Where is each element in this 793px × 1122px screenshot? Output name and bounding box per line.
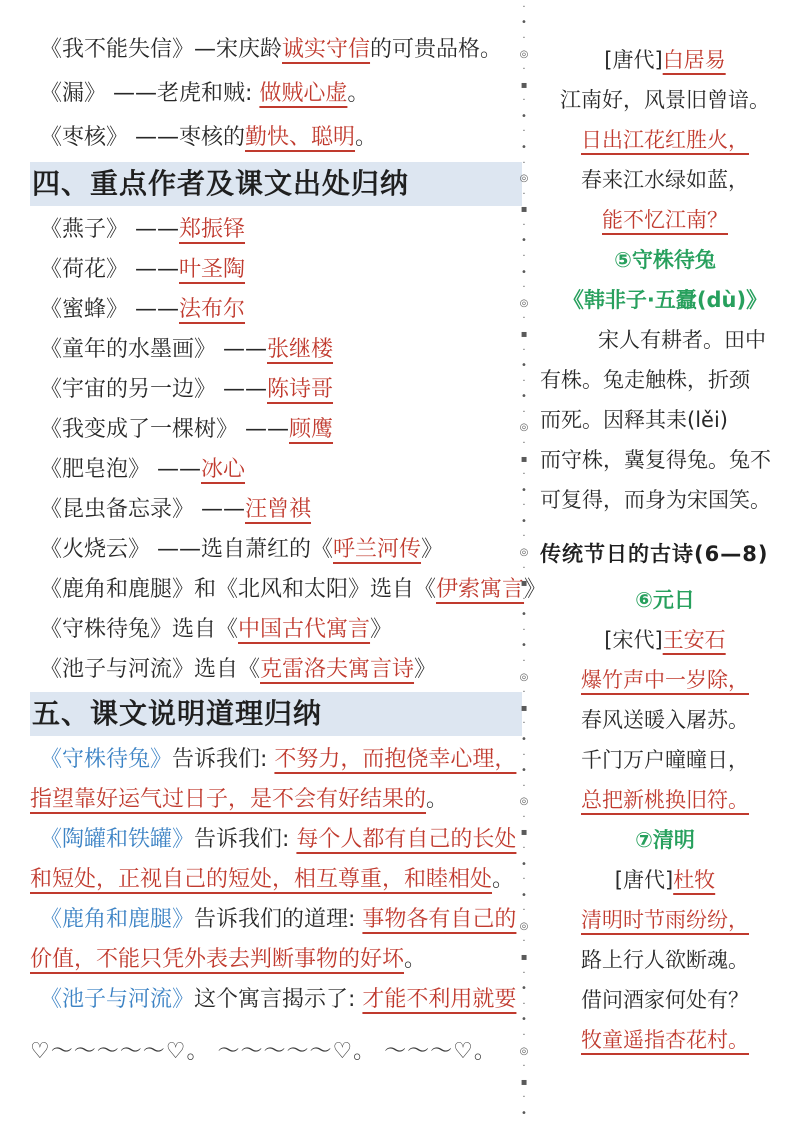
divider-dot-icon: · <box>522 969 525 979</box>
left_column-line-5: 《燕子》 ——郑振铎 <box>30 210 522 250</box>
left_column-line-16: 《池子与河流》选自《克雷洛夫寓言诗》 <box>30 650 522 690</box>
text-segment-r: 顾鹰 <box>289 417 333 442</box>
text-segment-k: 《鹿角和鹿腿》和《北风和太阳》选自《 <box>40 577 436 602</box>
left_column-line-12: 《昆虫备忘录》 ——汪曾祺 <box>30 490 522 530</box>
text-segment-r: 张继楼 <box>267 337 333 362</box>
text-segment-k: 《火烧云》 ——选自萧红的《 <box>40 537 333 562</box>
text-segment-hdr: 五、课文说明道理归纳 <box>32 697 322 730</box>
text-segment-k: 》 <box>421 537 443 562</box>
divider-dot-icon: · <box>522 595 525 605</box>
text-segment-k: 。 <box>347 81 369 106</box>
divider-dot-icon: · <box>522 252 525 262</box>
text-segment-k: 宋人有耕者。田中 <box>598 328 766 352</box>
text-segment-k: 《蜜蜂》 —— <box>40 297 179 322</box>
divider-dot-icon: • <box>521 1109 527 1119</box>
text-segment-k: [唐代] <box>604 48 662 72</box>
text-segment-r: 陈诗哥 <box>267 377 333 402</box>
divider-dot-icon: · <box>522 221 525 231</box>
column-divider-dots: ·•·◎·▪·•·•·◎·▪·•·•·◎·▪·•·•·◎·▪·•·•·◎·▪·•… <box>517 0 531 1122</box>
divider-dot-icon: ▪ <box>521 704 528 714</box>
text-segment-r: 价值，不能只凭外表去判断事物的好坏 <box>30 947 404 972</box>
divider-dot-icon: · <box>522 346 525 356</box>
divider-dot-icon: · <box>522 1093 525 1103</box>
text-segment-k: 有株。兔走触株，折颈 <box>540 368 750 392</box>
text-segment-k: 告诉我们的道理: <box>194 907 362 932</box>
divider-dot-icon: • <box>521 735 527 745</box>
text-segment-k: 》 <box>370 617 392 642</box>
divider-dot-icon: • <box>521 112 527 122</box>
text-segment-k: 。 <box>426 787 448 812</box>
left_column-line-14: 《鹿角和鹿腿》和《北风和太阳》选自《伊索寓言》 <box>30 570 522 610</box>
divider-dot-icon: ◎ <box>520 548 529 558</box>
divider-dot-icon: · <box>522 190 525 200</box>
divider-dot-icon: ▪ <box>521 953 528 963</box>
divider-dot-icon: ◎ <box>520 423 529 433</box>
text-segment-r: 日出江花红胜火， <box>581 128 749 152</box>
right_column-line-19: 总把新桃换旧符。 <box>540 780 790 820</box>
text-segment-r: 中国古代寓言 <box>238 617 370 642</box>
divider-dot-icon: · <box>522 439 525 449</box>
text-segment-r: 事物各有自己的 <box>362 907 516 932</box>
text-segment-r: 爆竹声中一岁除， <box>581 668 749 692</box>
text-segment-k: 告诉我们: <box>194 827 296 852</box>
study-notes-page: 《我不能失信》—宋庆龄诚实守信的可贵品格。《漏》 ——老虎和贼: 做贼心虚。《枣… <box>0 0 793 1122</box>
festival-poems-heading: 传统节日的古诗(6—8) <box>540 534 790 574</box>
left_column-line-23: 价值，不能只凭外表去判断事物的好坏。 <box>30 940 522 980</box>
divider-dot-icon: · <box>522 1062 525 1072</box>
divider-dot-icon: · <box>522 688 525 698</box>
text-segment-r: 勤快、聪明 <box>245 125 355 150</box>
divider-dot-icon: • <box>521 517 527 527</box>
text-segment-k: 《枣核》 ——枣核的 <box>40 125 245 150</box>
text-segment-k: 春来江水绿如蓝， <box>581 168 749 192</box>
divider-dot-icon: ◎ <box>520 1047 529 1057</box>
text-segment-g: ⑥元日 <box>635 588 695 612</box>
right_column-line-16: 爆竹声中一岁除， <box>540 660 790 700</box>
divider-dot-icon: ▪ <box>521 579 528 589</box>
text-segment-b: 《守株待兔》 <box>40 747 172 772</box>
divider-dot-icon: ▪ <box>521 1078 528 1088</box>
left-column: 《我不能失信》—宋庆龄诚实守信的可贵品格。《漏》 ——老虎和贼: 做贼心虚。《枣… <box>30 28 522 1072</box>
text-segment-r: 才能不利用就要 <box>362 987 516 1012</box>
divider-dot-icon: • <box>521 236 527 246</box>
divider-dot-icon: · <box>522 626 525 636</box>
text-segment-k: 》 <box>414 657 436 682</box>
divider-dot-icon: · <box>522 377 525 387</box>
text-segment-r: 总把新桃换旧符。 <box>581 788 749 812</box>
left_column-line-3: 《枣核》 ——枣核的勤快、聪明。 <box>30 116 522 160</box>
divider-dot-icon: · <box>522 159 525 169</box>
divider-dot-icon: ▪ <box>521 205 528 215</box>
text-segment-k: 春风送暖入屠苏。 <box>581 708 749 732</box>
left_column-line-9: 《宇宙的另一边》 ——陈诗哥 <box>30 370 522 410</box>
right_column-line-23: 路上行人欲断魂。 <box>540 940 790 980</box>
right_column-line-2: 江南好，风景旧曾谙。 <box>540 80 790 120</box>
text-segment-r: 做贼心虚 <box>259 81 347 106</box>
text-segment-b: 《鹿角和鹿腿》 <box>40 907 194 932</box>
divider-dot-icon: • <box>521 1015 527 1025</box>
right_column-line-20: ⑦清明 <box>540 820 790 860</box>
left_column-line-19: 指望靠好运气过日子，是不会有好结果的。 <box>30 780 522 820</box>
text-segment-k: 可复得，而身为宋国笑。 <box>540 488 771 512</box>
text-segment-r: 伊索寓言 <box>436 577 524 602</box>
text-segment-k: 《昆虫备忘录》 —— <box>40 497 245 522</box>
text-segment-k: 而死。因释其耒(lěi) <box>540 408 728 432</box>
divider-dot-icon: · <box>522 564 525 574</box>
left_column-line-1: 《我不能失信》—宋庆龄诚实守信的可贵品格。 <box>30 28 522 72</box>
divider-dot-icon: • <box>521 610 527 620</box>
section-4-header: 四、重点作者及课文出处归纳 <box>30 162 522 206</box>
left_column-line-8: 《童年的水墨画》 ——张继楼 <box>30 330 522 370</box>
divider-dot-icon: • <box>521 891 527 901</box>
text-segment-k: 《我不能失信》—宋庆龄 <box>40 37 282 62</box>
footer-hearts-decoration: ♡～～～～～♡。 ～～～～～♡。 ～～～♡。 <box>30 1032 522 1072</box>
divider-dot-icon: ◎ <box>520 174 529 184</box>
divider-dot-icon: · <box>522 65 525 75</box>
text-segment-hdr: 四、重点作者及课文出处归纳 <box>32 167 409 200</box>
divider-dot-icon: ▪ <box>521 828 528 838</box>
divider-dot-icon: · <box>522 408 525 418</box>
right_column-line-24: 借问酒家何处有？ <box>540 980 790 1020</box>
divider-dot-icon: • <box>521 486 527 496</box>
divider-dot-icon: ◎ <box>520 922 529 932</box>
right_column-line-9: 有株。兔走触株，折颈 <box>540 360 790 400</box>
divider-dot-icon: · <box>522 3 525 13</box>
text-segment-r: 汪曾祺 <box>245 497 311 522</box>
text-segment-k: 借问酒家何处有？ <box>581 988 749 1012</box>
text-segment-k: 《肥皂泡》 —— <box>40 457 201 482</box>
right_column-line-17: 春风送暖入屠苏。 <box>540 700 790 740</box>
right_column-line-1: [唐代]白居易 <box>540 40 790 80</box>
text-segment-r: 和短处，正视自己的短处，相互尊重，和睦相处 <box>30 867 492 892</box>
text-segment-k: 江南好，风景旧曾谙。 <box>560 88 770 112</box>
text-segment-k: 。 <box>355 125 377 150</box>
text-segment-b: 《陶罐和铁罐》 <box>40 827 194 852</box>
right_column-line-25: 牧童遥指杏花村。 <box>540 1020 790 1060</box>
divider-dot-icon: · <box>522 782 525 792</box>
text-segment-r: 诚实守信 <box>282 37 370 62</box>
left_column-line-24: 《池子与河流》这个寓言揭示了: 才能不利用就要 <box>30 980 522 1020</box>
right_column-line-4: 春来江水绿如蓝， <box>540 160 790 200</box>
left_column-line-15: 《守株待兔》选自《中国古代寓言》 <box>30 610 522 650</box>
left_column-line-2: 《漏》 ——老虎和贼: 做贼心虚。 <box>30 72 522 116</box>
right_column-line-3: 日出江花红胜火， <box>540 120 790 160</box>
left_column-line-22: 《鹿角和鹿腿》告诉我们的道理: 事物各有自己的 <box>30 900 522 940</box>
text-segment-k: 《荷花》 —— <box>40 257 179 282</box>
divider-dot-icon: · <box>522 127 525 137</box>
right_column-line-14: ⑥元日 <box>540 580 790 620</box>
text-segment-r: 郑振铎 <box>179 217 245 242</box>
text-segment-r: 呼兰河传 <box>333 537 421 562</box>
text-segment-r: 王安石 <box>663 628 726 652</box>
divider-dot-icon: • <box>521 143 527 153</box>
divider-dot-icon: · <box>522 314 525 324</box>
divider-dot-icon: • <box>521 641 527 651</box>
divider-dot-icon: ▪ <box>521 455 528 465</box>
text-segment-k: 千门万户曈曈日， <box>581 748 749 772</box>
text-segment-k: 这个寓言揭示了: <box>194 987 362 1012</box>
divider-dot-icon: · <box>522 751 525 761</box>
right_column-line-11: 而守株，冀复得兔。兔不 <box>540 440 790 480</box>
divider-dot-icon: · <box>522 283 525 293</box>
divider-dot-icon: · <box>522 875 525 885</box>
left_column-line-21: 和短处，正视自己的短处，相互尊重，和睦相处。 <box>30 860 522 900</box>
left_column-line-11: 《肥皂泡》 ——冰心 <box>30 450 522 490</box>
text-segment-r: 杜牧 <box>673 868 715 892</box>
text-segment-r: 法布尔 <box>179 297 245 322</box>
divider-dot-icon: · <box>522 937 525 947</box>
right_column-line-22: 清明时节雨纷纷， <box>540 900 790 940</box>
divider-dot-icon: ◎ <box>520 50 529 60</box>
divider-dot-icon: ▪ <box>521 81 528 91</box>
right_column-line-7: 《韩非子·五蠹(dù)》 <box>540 280 790 320</box>
text-segment-k: [唐代] <box>615 868 673 892</box>
text-segment-k: 的可贵品格。 <box>370 37 502 62</box>
left_column-line-6: 《荷花》 ——叶圣陶 <box>30 250 522 290</box>
text-segment-k: 《守株待兔》选自《 <box>40 617 238 642</box>
divider-dot-icon: · <box>522 1000 525 1010</box>
text-segment-g: ⑤守株待兔 <box>614 248 716 272</box>
right_column-line-5: 能不忆江南？ <box>540 200 790 240</box>
text-segment-kb: 传统节日的古诗(6—8) <box>540 542 768 566</box>
text-segment-decor: ♡～～～～～♡。 ～～～～～♡。 ～～～♡。 <box>30 1039 497 1064</box>
right-column: [唐代]白居易江南好，风景旧曾谙。日出江花红胜火，春来江水绿如蓝，能不忆江南？⑤… <box>540 40 790 1060</box>
text-segment-k: 《燕子》 —— <box>40 217 179 242</box>
text-segment-k: [宋代] <box>604 628 662 652</box>
divider-dot-icon: · <box>522 34 525 44</box>
text-segment-k: 。 <box>404 947 426 972</box>
divider-dot-icon: · <box>522 532 525 542</box>
left_column-line-18: 《守株待兔》告诉我们: 不努力，而抱侥幸心理， <box>30 740 522 780</box>
text-segment-k: 告诉我们: <box>172 747 274 772</box>
divider-dot-icon: • <box>521 268 527 278</box>
divider-dot-icon: · <box>522 657 525 667</box>
divider-dot-icon: • <box>521 860 527 870</box>
text-segment-r: 克雷洛夫寓言诗 <box>260 657 414 682</box>
left_column-line-7: 《蜜蜂》 ——法布尔 <box>30 290 522 330</box>
left_column-line-10: 《我变成了一棵树》 ——顾鹰 <box>30 410 522 450</box>
divider-dot-icon: · <box>522 470 525 480</box>
text-segment-r: 冰心 <box>201 457 245 482</box>
right_column-line-10: 而死。因释其耒(lěi) <box>540 400 790 440</box>
divider-dot-icon: ◎ <box>520 299 529 309</box>
text-segment-k: 《童年的水墨画》 —— <box>40 337 267 362</box>
divider-dot-icon: • <box>521 392 527 402</box>
text-segment-k: 路上行人欲断魂。 <box>581 948 749 972</box>
text-segment-r: 每个人都有自己的长处 <box>296 827 516 852</box>
text-segment-r: 指望靠好运气过日子，是不会有好结果的 <box>30 787 426 812</box>
text-segment-r: 能不忆江南？ <box>602 208 728 232</box>
divider-dot-icon: • <box>521 766 527 776</box>
section-5-header: 五、课文说明道理归纳 <box>30 692 522 736</box>
text-segment-r: 清明时节雨纷纷， <box>581 908 749 932</box>
right_column-line-18: 千门万户曈曈日， <box>540 740 790 780</box>
left_column-line-20: 《陶罐和铁罐》告诉我们: 每个人都有自己的长处 <box>30 820 522 860</box>
text-segment-r: 牧童遥指杏花村。 <box>581 1028 749 1052</box>
text-segment-k: 《池子与河流》选自《 <box>40 657 260 682</box>
divider-dot-icon: · <box>522 96 525 106</box>
text-segment-k: 《宇宙的另一边》 —— <box>40 377 267 402</box>
divider-dot-icon: · <box>522 1031 525 1041</box>
text-segment-r: 叶圣陶 <box>179 257 245 282</box>
divider-dot-icon: · <box>522 844 525 854</box>
left_column-line-13: 《火烧云》 ——选自萧红的《呼兰河传》 <box>30 530 522 570</box>
divider-dot-icon: · <box>522 719 525 729</box>
right_column-line-21: [唐代]杜牧 <box>540 860 790 900</box>
divider-dot-icon: ◎ <box>520 673 529 683</box>
text-segment-k: 而守株，冀复得兔。兔不 <box>540 448 771 472</box>
divider-dot-icon: • <box>521 361 527 371</box>
right_column-line-15: [宋代]王安石 <box>540 620 790 660</box>
text-segment-b: 《池子与河流》 <box>40 987 194 1012</box>
text-segment-r: 白居易 <box>663 48 726 72</box>
right_column-line-8: 宋人有耕者。田中 <box>540 320 790 360</box>
divider-dot-icon: ◎ <box>520 797 529 807</box>
divider-dot-icon: · <box>522 813 525 823</box>
text-segment-k: 。 <box>492 867 514 892</box>
text-segment-g: ⑦清明 <box>635 828 695 852</box>
text-segment-k: 《我变成了一棵树》 —— <box>40 417 289 442</box>
divider-dot-icon: • <box>521 18 527 28</box>
divider-dot-icon: ▪ <box>521 330 528 340</box>
text-segment-g: 《韩非子·五蠹(dù)》 <box>563 288 767 312</box>
right_column-line-12: 可复得，而身为宋国笑。 <box>540 480 790 520</box>
text-segment-r: 不努力，而抱侥幸心理， <box>274 747 516 772</box>
right_column-line-6: ⑤守株待兔 <box>540 240 790 280</box>
divider-dot-icon: · <box>522 906 525 916</box>
divider-dot-icon: • <box>521 984 527 994</box>
text-segment-k: 《漏》 ——老虎和贼: <box>40 81 259 106</box>
divider-dot-icon: · <box>522 501 525 511</box>
